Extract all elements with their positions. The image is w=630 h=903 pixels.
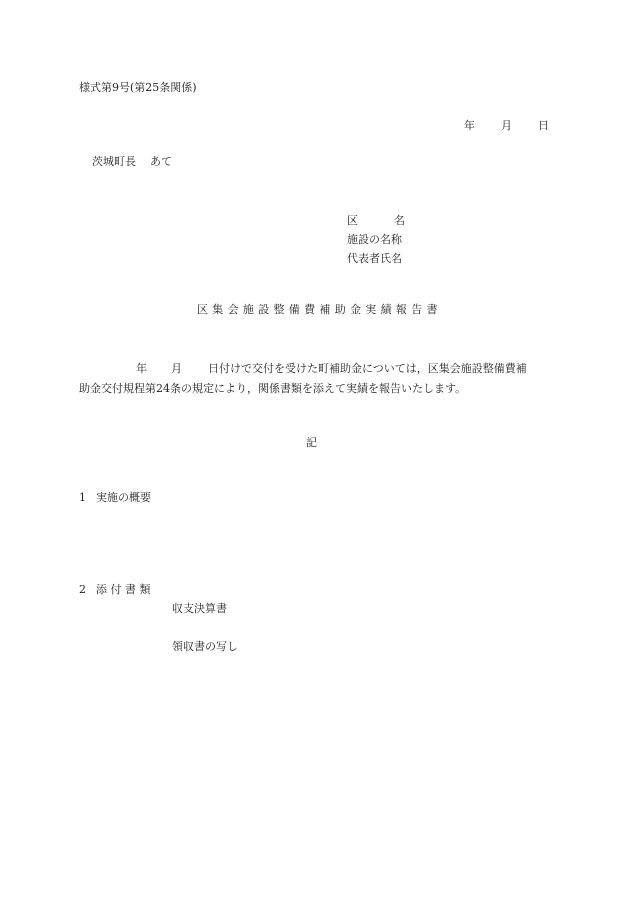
sender-block: 区名 施設の名称 代表者氏名 — [347, 211, 405, 268]
section-1-number: 1 — [79, 491, 96, 505]
section-2: 2添付書類 — [79, 583, 154, 597]
attachment-item: 領収書の写し — [172, 640, 238, 654]
district-name-row: 区名 — [347, 211, 405, 230]
addressee-name: 茨城町長 — [92, 155, 136, 168]
attachment-item: 収支決算書 — [172, 602, 227, 616]
date-day-label: 日 — [538, 119, 549, 133]
body-year-label: 年 — [136, 362, 147, 375]
district-label-2: 名 — [394, 211, 405, 230]
section-1-heading: 実施の概要 — [96, 491, 151, 504]
facility-name-label: 施設の名称 — [347, 230, 405, 249]
body-line-1: 年月日付けで交付を受けた町補助金については，区集会施設整備費補 — [79, 359, 549, 379]
ki-heading: 記 — [306, 436, 317, 450]
district-label-1: 区 — [347, 211, 358, 230]
body-month-label: 月 — [171, 362, 182, 375]
body-paragraph: 年月日付けで交付を受けた町補助金については，区集会施設整備費補 助金交付規程第2… — [79, 359, 549, 399]
addressee-suffix: あて — [150, 155, 172, 168]
section-2-number: 2 — [79, 583, 96, 597]
addressee: 茨城町長あて — [92, 155, 172, 169]
form-number: 様式第9号(第25条関係) — [79, 81, 197, 95]
section-2-heading: 添付書類 — [96, 583, 154, 596]
document-title: 区集会施設整備費補助金実績報告書 — [197, 303, 442, 317]
section-1: 1実施の概要 — [79, 491, 151, 505]
body-line-1-text: 日付けで交付を受けた町補助金については，区集会施設整備費補 — [208, 362, 527, 375]
date-line: 年月日 — [464, 119, 549, 133]
date-year-label: 年 — [464, 119, 475, 133]
date-month-label: 月 — [501, 119, 512, 133]
body-line-2: 助金交付規程第24条の規定により，関係書類を添えて実績を報告いたします。 — [79, 379, 549, 399]
representative-label: 代表者氏名 — [347, 249, 405, 268]
